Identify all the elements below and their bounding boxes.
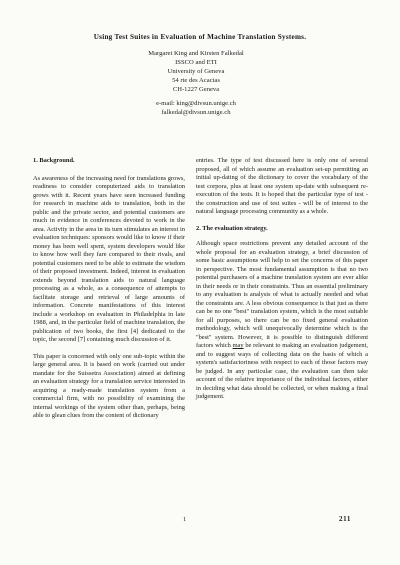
- section-heading-background: 1. Background.: [33, 157, 185, 166]
- body-columns: 1. Background. As awareness of the incre…: [33, 157, 368, 429]
- author-names: Margaret King and Kirsten Falkedal: [0, 49, 392, 58]
- paragraph-text-before: Although space restrictions prevent any …: [196, 240, 368, 349]
- section-heading-evaluation-strategy: 2. The evaluation strategy.: [196, 225, 368, 234]
- affiliation-line-street: 54 rte des Acacias: [0, 76, 392, 85]
- right-column: entries. The type of test discussed here…: [196, 157, 368, 429]
- email-line-1: e-mail: king@divsun.unige.ch: [0, 99, 392, 108]
- paragraph-background-2-continued: entries. The type of test discussed here…: [196, 157, 368, 217]
- paper-title: Using Test Suites in Evaluation of Machi…: [0, 33, 400, 41]
- email-line-2: falkedal@divsun.unige.ch: [0, 108, 392, 117]
- page-number: 1: [183, 516, 186, 523]
- affiliation-line-city: CH-1227 Geneva: [0, 85, 392, 94]
- paragraph-background-1: As awareness of the increasing need for …: [33, 175, 185, 345]
- underlined-word-may: may: [233, 342, 244, 349]
- paper-page: Using Test Suites in Evaluation of Machi…: [0, 0, 400, 565]
- email-block: e-mail: king@divsun.unige.ch falkedal@di…: [0, 99, 392, 117]
- affiliation-line-university: University of Geneva: [0, 67, 392, 76]
- affiliation-line-institute: ISSCO and ETI: [0, 58, 392, 67]
- paragraph-text-after: be relevant to making an evaluation judg…: [196, 342, 368, 400]
- paragraph-evaluation-strategy: Although space restrictions prevent any …: [196, 240, 368, 402]
- paragraph-background-2: This paper is concerned with only one su…: [33, 353, 185, 421]
- proceedings-page-number: 211: [339, 515, 351, 523]
- left-column: 1. Background. As awareness of the incre…: [33, 157, 185, 429]
- authors-block: Margaret King and Kirsten Falkedal ISSCO…: [0, 49, 392, 94]
